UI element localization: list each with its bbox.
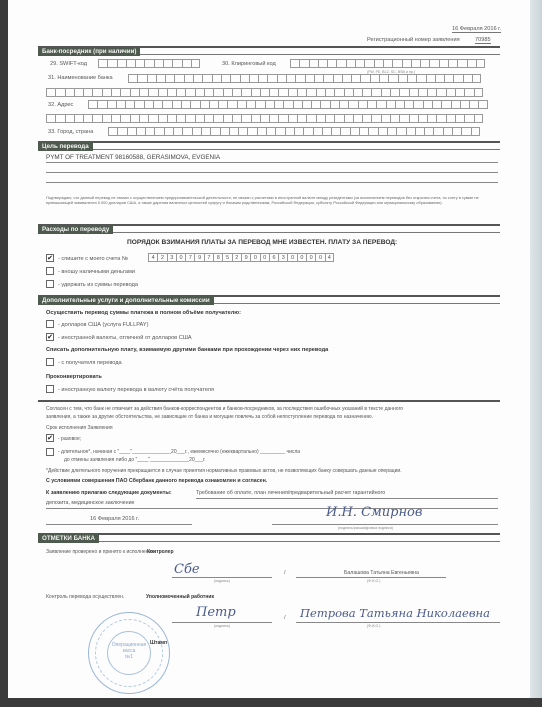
account-digit-cell: 0 <box>297 253 306 262</box>
accepted-text: Заявление проверено и принято к исполнен… <box>46 549 156 555</box>
liability-text-2: заявления, а также за другие обстоятельс… <box>46 414 373 420</box>
city-label: 33. Город, страна <box>48 129 93 135</box>
swift-label: 29. SWIFT-код <box>50 61 87 67</box>
client-signature-caption: (подпись/расшифровка подписи) <box>338 526 393 530</box>
client-signature: И.Н. Смирнов <box>326 505 422 520</box>
header-date: 16 Февраля 2016 г. <box>452 26 501 33</box>
separator-slash: / <box>284 615 286 621</box>
account-digit-cell: 0 <box>306 253 315 262</box>
section-title: Цель перевода <box>38 142 93 151</box>
account-digit-cell: 7 <box>204 253 213 262</box>
section-fees: Расходы по переводу <box>38 224 500 233</box>
address-label: 32. Адрес <box>48 102 73 108</box>
attached-docs-value-1[interactable]: Требование об оплате, план лечения/предв… <box>196 490 385 496</box>
section-title: Банк-посредник (при наличии) <box>38 47 140 56</box>
bank-stamp: Операционная касса №1 <box>88 612 170 694</box>
account-digit-cell: 0 <box>176 253 185 262</box>
fees-heading: ПОРЯДОК ВЗИМАНИЯ ПЛАТЫ ЗА ПЕРЕВОД МНЕ ИЗ… <box>127 239 397 246</box>
sign-date: 16 Февраля 2016 г. <box>90 516 139 522</box>
sign-date-line <box>46 524 192 525</box>
controller-name: Балашова Татьяна Евгеньевна <box>344 570 419 576</box>
controller-signature-caption: (подпись) <box>214 579 230 583</box>
right-edge-strip <box>530 0 542 698</box>
account-digit-cell: 3 <box>167 253 176 262</box>
officer-name: Петрова Татьяна Николаевна <box>300 606 490 620</box>
fee-option-cash-checkbox[interactable] <box>46 267 54 275</box>
account-digit-cell: 0 <box>287 253 296 262</box>
purpose-line-2 <box>46 172 498 173</box>
controller-name-caption: (Ф.И.О.) <box>367 579 381 583</box>
registration-number: 70985 <box>475 37 491 44</box>
purpose-disclaimer: Подтверждаю, что данный перевод не связа… <box>46 195 498 206</box>
full-amount-heading: Осуществить перевод суммы платежа в полн… <box>46 310 241 316</box>
stamp-center: Операционная касса №1 <box>107 631 151 675</box>
fee-option-debit-account-label: - спишите с моего счета № <box>58 256 128 262</box>
fullpay-other-currency-label: - иностранной валюты, отличной от доллар… <box>58 335 192 341</box>
purpose-line-1 <box>46 162 498 163</box>
stamp-line: №1 <box>108 654 150 660</box>
city-country-input[interactable] <box>108 127 480 136</box>
bank-name-label: 31. Наименование банка <box>48 75 113 81</box>
extra-fee-recipient-label: - с получателя перевода <box>58 360 122 366</box>
fullpay-other-currency-checkbox[interactable]: ✔ <box>46 333 54 341</box>
fee-option-cash-label: - вношу наличными деньгами <box>58 269 135 275</box>
account-digit-cell: 2 <box>232 253 241 262</box>
controller-signature-line <box>172 577 272 578</box>
convert-heading: Проконвертировать <box>46 374 102 380</box>
separator-slash: / <box>284 570 286 576</box>
attached-docs-label: К заявлению прилагаю следующие документы… <box>46 490 172 496</box>
officer-name-caption: (Ф.И.О.) <box>367 624 381 628</box>
account-digit-cell: 0 <box>260 253 269 262</box>
account-number-input[interactable]: 42307978529006300004 <box>148 253 334 262</box>
control-text: Контроль перевода осуществлен. <box>46 594 124 600</box>
attached-line-2 <box>46 508 498 509</box>
term-long-checkbox[interactable] <box>46 448 54 456</box>
address-input-row-1[interactable] <box>88 100 488 109</box>
section-bank-marks: ОТМЕТКИ БАНКА <box>38 533 500 542</box>
consent-text: С условиями совершения ПАО Сбербанк данн… <box>46 478 267 484</box>
term-once-label: - разовое; <box>58 436 81 442</box>
convert-checkbox[interactable] <box>46 385 54 393</box>
account-digit-cell: 5 <box>222 253 231 262</box>
attached-line-1 <box>196 498 498 499</box>
term-long-label-2: до отмены заявления либо до "____"______… <box>64 457 206 463</box>
section-intermediary-bank: Банк-посредник (при наличии) <box>38 46 500 55</box>
swift-code-input[interactable] <box>98 59 200 68</box>
fullpay-usd-checkbox[interactable] <box>46 320 54 328</box>
client-signature-line <box>272 524 498 525</box>
account-digit-cell: 6 <box>269 253 278 262</box>
controller-label: Контролер <box>147 549 174 555</box>
fee-option-deduct-checkbox[interactable] <box>46 280 54 288</box>
term-footnote: *Действие длительного поручения прекраща… <box>46 468 402 474</box>
section-title: Дополнительные услуги и дополнительные к… <box>38 296 214 305</box>
officer-label: Уполномоченный работник <box>146 594 214 600</box>
divider <box>38 400 500 402</box>
term-long-label: - длительное*, начиная с "____"_________… <box>58 449 300 455</box>
account-digit-cell: 8 <box>213 253 222 262</box>
officer-signature-caption: (подпись) <box>214 624 230 628</box>
bank-name-input-row-1[interactable] <box>128 74 481 83</box>
account-digit-cell: 7 <box>185 253 194 262</box>
section-title: Расходы по переводу <box>38 225 113 234</box>
purpose-line-3 <box>46 182 498 183</box>
clearing-code-input[interactable] <box>290 59 485 68</box>
extra-fee-heading: Списать дополнительную плату, взимаемую … <box>46 347 328 353</box>
fee-option-deduct-label: - удержать из суммы перевода <box>58 282 138 288</box>
controller-signature: Сбе <box>174 562 200 577</box>
term-once-checkbox[interactable]: ✔ <box>46 434 54 442</box>
registration-label: Регистрационный номер заявления <box>367 37 460 43</box>
fee-option-debit-account-checkbox[interactable]: ✔ <box>46 254 54 262</box>
address-input-row-2[interactable] <box>46 114 483 123</box>
officer-signature-line <box>172 622 272 623</box>
stamp-label: Штамп <box>150 640 167 646</box>
attached-docs-value-2[interactable]: депозита, медицинское заключение <box>46 500 135 506</box>
officer-signature: Петр <box>196 605 236 620</box>
officer-name-line <box>296 622 500 623</box>
account-digit-cell: 0 <box>315 253 324 262</box>
account-digit-cell: 4 <box>325 253 334 262</box>
account-digit-cell: 9 <box>241 253 250 262</box>
controller-name-line <box>296 577 446 578</box>
section-purpose: Цель перевода <box>38 141 500 150</box>
section-additional: Дополнительные услуги и дополнительные к… <box>38 295 500 304</box>
term-label: Срок исполнения Заявления <box>46 425 113 431</box>
extra-fee-recipient-checkbox[interactable] <box>46 358 54 366</box>
account-digit-cell: 3 <box>278 253 287 262</box>
section-title: ОТМЕТКИ БАНКА <box>38 534 99 543</box>
clearing-label: 30. Клиринговый код <box>222 61 276 67</box>
account-digit-cell: 9 <box>194 253 203 262</box>
account-digit-cell: 4 <box>148 253 157 262</box>
account-digit-cell: 0 <box>250 253 259 262</box>
convert-label: - иностранную валюту перевода в валюту с… <box>58 387 214 393</box>
account-digit-cell: 2 <box>157 253 166 262</box>
bank-name-input-row-2[interactable] <box>46 88 483 97</box>
fullpay-usd-label: - долларов США (услуга FULLPAY) <box>58 322 148 328</box>
liability-text-1: Согласен с тем, что банк не отвечает за … <box>46 406 403 412</box>
purpose-value[interactable]: PYMT OF TREATMENT 98160588, GERASIMOVA, … <box>46 154 220 161</box>
